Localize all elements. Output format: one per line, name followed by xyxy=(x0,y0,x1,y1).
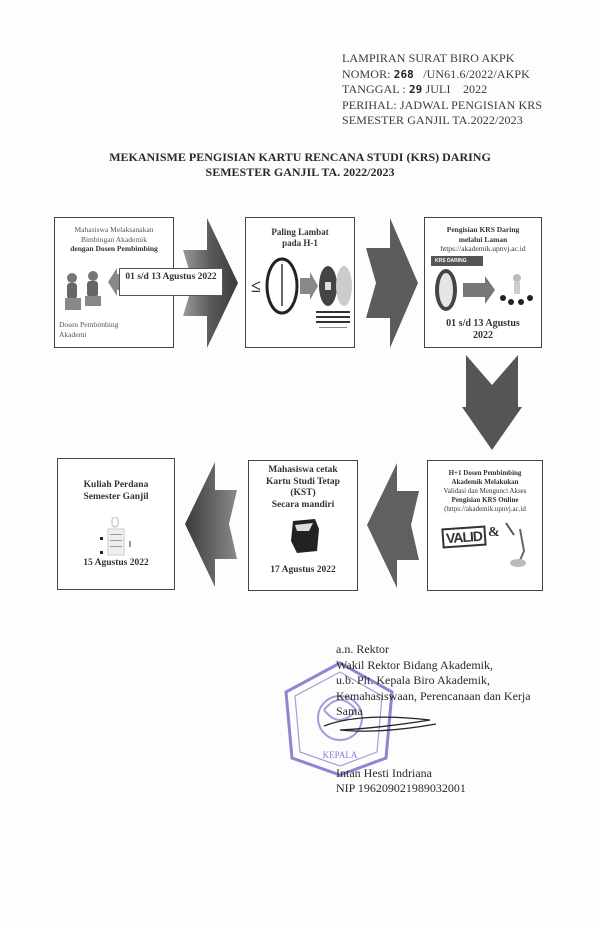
step-2-deadline: Paling Lambat pada H-1 ≤ xyxy=(245,217,355,348)
clock-lock-icon xyxy=(264,256,352,336)
arrow-down-icon xyxy=(462,355,522,450)
valid-stamp: VALID xyxy=(441,525,486,548)
handwritten-number: 268 xyxy=(394,68,414,81)
document-title: MEKANISME PENGISIAN KARTU RENCANA STUDI … xyxy=(0,150,600,180)
step-5-cetak-kst: Mahasiswa cetak Kartu Studi Tetap (KST) … xyxy=(248,460,358,591)
handwritten-date: 29 xyxy=(409,83,422,96)
header-line-semester: SEMESTER GANJIL TA.2022/2023 xyxy=(342,113,542,129)
arrow-right-icon xyxy=(366,218,418,348)
step-5-date: 17 Agustus 2022 xyxy=(249,565,357,576)
network-users-icon xyxy=(433,268,537,318)
header-line-perihal: PERIHAL: JADWAL PENGISIAN KRS xyxy=(342,98,542,114)
step-3-pengisian: Pengisian KRS Daring melalui Laman https… xyxy=(424,217,542,348)
meeting-people-icon xyxy=(61,270,107,316)
header-line-tanggal: TANGGAL : 29 JULI 2022 xyxy=(342,82,542,98)
less-equal-symbol: ≤ xyxy=(251,276,261,297)
schedule-document-icon xyxy=(98,517,138,561)
step-1-date: 01 s/d 13 Agustus 2022 xyxy=(119,268,223,296)
arrow-left-icon xyxy=(367,463,419,588)
arrow-left-icon xyxy=(185,462,237,587)
header-line-lampiran: LAMPIRAN SURAT BIRO AKPK xyxy=(342,51,542,67)
handwritten-signature xyxy=(320,708,440,738)
signatory-nip: NIP 196209021989032001 xyxy=(336,781,531,797)
step-6-date: 15 Agustus 2022 xyxy=(58,558,174,569)
krs-badge: KRS DARING xyxy=(431,256,483,266)
step-4-validasi: H+1 Dosen Pembimbing Akademik Melakukan … xyxy=(427,460,543,591)
header-line-nomor: NOMOR: 268 /UN61.6/2022/AKPK xyxy=(342,67,542,83)
lock-key-icon xyxy=(500,521,536,571)
letter-header: LAMPIRAN SURAT BIRO AKPK NOMOR: 268 /UN6… xyxy=(342,51,542,129)
printer-icon xyxy=(289,517,321,555)
step-6-kuliah-perdana: Kuliah Perdana Semester Ganjil 15 Agustu… xyxy=(57,458,175,590)
signatory-name: Intan Hesti Indriana xyxy=(336,766,531,782)
